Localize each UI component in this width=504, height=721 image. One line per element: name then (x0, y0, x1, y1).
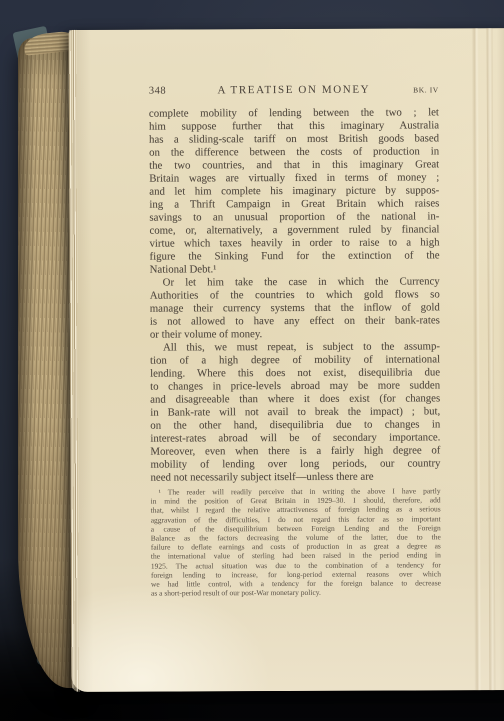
body-line: interest-rates abroad will be of seconda… (150, 431, 440, 445)
page-crease (472, 28, 482, 690)
page-number: 348 (149, 85, 193, 96)
body-line: in Bank-rate will not avail to break the… (150, 405, 440, 419)
body-line: figure the Sinking Fund for the extincti… (150, 249, 440, 263)
body-line: All this, we must repeat, is subject to … (150, 340, 440, 354)
body-line: virtue which taxes heavily in order to r… (149, 236, 439, 250)
body-text: complete mobility of lending between the… (149, 106, 441, 484)
photo-background: 348 A TREATISE ON MONEY BK. IV complete … (0, 0, 504, 721)
body-line: on the difference between the costs of p… (149, 145, 439, 159)
book-marker: BK. IV (395, 85, 439, 94)
page-right-shade (497, 28, 504, 690)
body-line: complete mobility of lending between the… (149, 106, 439, 120)
body-line: come, or, alternatively, a government ru… (149, 223, 439, 237)
body-line: and let him complete his imaginary pictu… (149, 184, 439, 198)
body-line: National Debt.¹ (150, 262, 440, 276)
body-line: mobility of lending over long periods, o… (150, 457, 440, 471)
inner-page-edge-lines (69, 30, 80, 692)
body-line: manage their currency systems that the i… (150, 301, 440, 315)
body-line: him suppose further that this imaginary … (149, 119, 439, 133)
text-block: 348 A TREATISE ON MONEY BK. IV complete … (149, 28, 442, 691)
page-fold-edge (487, 28, 496, 690)
body-line: tion of a high degree of mobility of int… (150, 353, 440, 367)
body-line: savings to an unusual proportion of the … (149, 210, 439, 224)
body-line: the two countries, and that in this imag… (149, 158, 439, 172)
body-line: ing a Thrift Campaign in Great Britain w… (149, 197, 439, 211)
body-line: Moreover, even when there is a fairly hi… (150, 444, 440, 458)
running-title: A TREATISE ON MONEY (193, 84, 395, 97)
page-header: 348 A TREATISE ON MONEY BK. IV (149, 83, 439, 96)
body-line: need not necessarily subject itself—unle… (150, 470, 440, 484)
body-line: has a sliding-scale tariff on most Briti… (149, 132, 439, 146)
body-line: Britain wages are virtually fixed in ter… (149, 171, 439, 185)
body-line: is not allowed to have any effect on the… (150, 314, 440, 328)
book-page: 348 A TREATISE ON MONEY BK. IV complete … (69, 28, 504, 692)
footnote-line: as a short-period result of our post-War… (151, 587, 441, 597)
body-line: or their volume of money. (150, 327, 440, 341)
body-line: lending. Where this does not exist, dise… (150, 366, 440, 380)
body-line: Or let him take the case in which the Cu… (150, 275, 440, 289)
body-line: on the other hand, disequilibria due to … (150, 418, 440, 432)
body-line: to changes in price-levels abroad may be… (150, 379, 440, 393)
body-line: and disagreeable than where it does exis… (150, 392, 440, 406)
body-line: Authorities of the countries to which go… (150, 288, 440, 302)
footnote: ¹ The reader will readily perceive that … (151, 486, 441, 598)
